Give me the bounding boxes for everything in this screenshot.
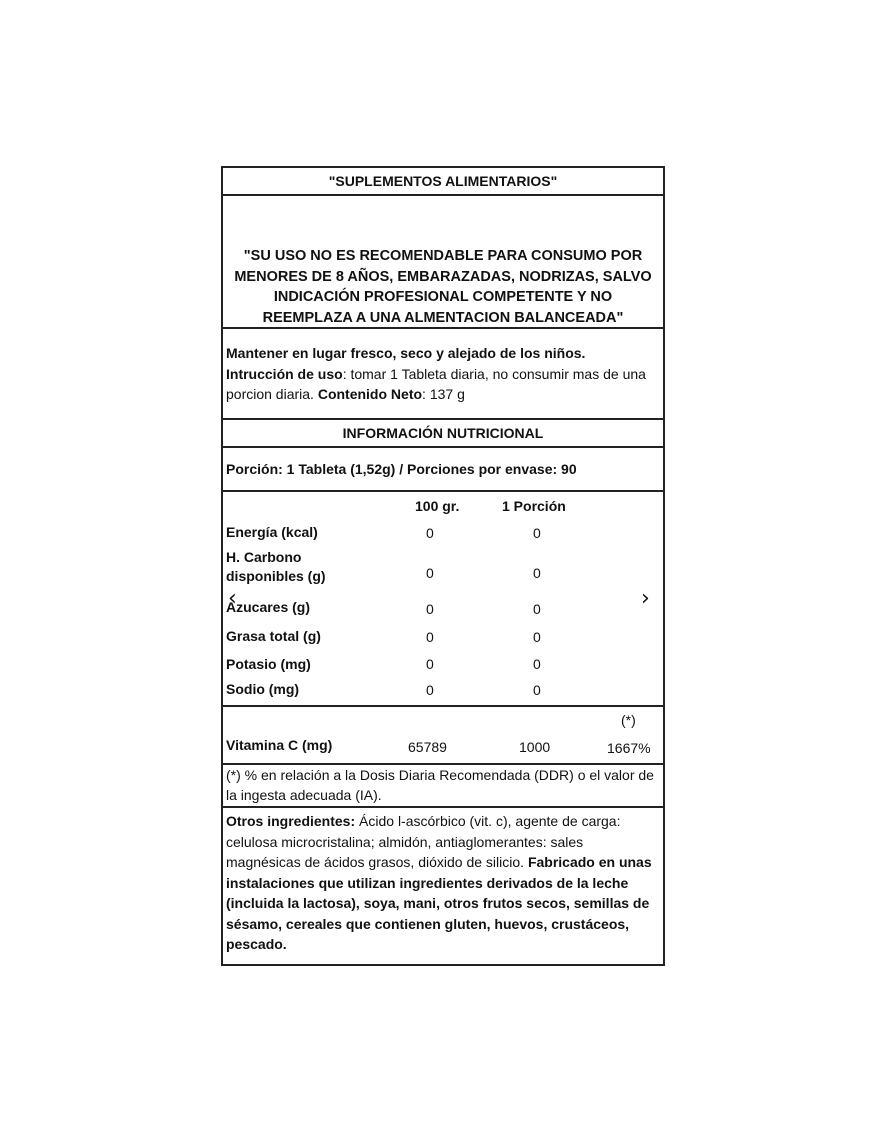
storage-instructions: Mantener en lugar fresco, seco y alejado… [223, 329, 663, 420]
vitamin-section: (*) Vitamina C (mg) 65789 1000 1667% [223, 707, 663, 765]
nutrition-table: 100 gr. 1 Porción Energía (kcal) 0 0 H. … [223, 492, 663, 707]
row-label-sodium: Sodio (mg) [226, 680, 299, 699]
storage-text: Mantener en lugar fresco, seco y alejado… [226, 345, 585, 361]
next-arrow-icon[interactable]: › [641, 588, 650, 610]
row-label-sugars: Azucares (g) [226, 598, 310, 617]
row-value-sugars-100g: 0 [426, 601, 434, 617]
warning-block: "SU USO NO ES RECOMENDABLE PARA CONSUMO … [223, 196, 663, 329]
row-value-fat-100g: 0 [426, 629, 434, 645]
prev-arrow-icon[interactable]: ‹ [228, 588, 237, 610]
row-value-sodium-portion: 0 [533, 682, 541, 698]
row-value-potassium-100g: 0 [426, 656, 434, 672]
warning-line: "SU USO NO ES RECOMENDABLE PARA CONSUMO … [223, 246, 663, 267]
net-content-value: : 137 g [422, 386, 465, 402]
row-label-carbs-line2: disponibles (g) [226, 568, 326, 584]
warning-line: REEMPLAZA A UNA ALMENTACION BALANCEADA" [223, 308, 663, 329]
net-content-label: Contenido Neto [318, 386, 422, 402]
ddr-header: (*) [621, 712, 636, 728]
row-label-carbs: H. Carbono disponibles (g) [226, 548, 326, 586]
row-value-energy-portion: 0 [533, 525, 541, 541]
label-title: "SUPLEMENTOS ALIMENTARIOS" [223, 168, 663, 196]
ingredients-label: Otros ingredientes: [226, 813, 355, 829]
row-value-sugars-portion: 0 [533, 601, 541, 617]
row-value-energy-100g: 0 [426, 525, 434, 541]
nutrition-title: INFORMACIÓN NUTRICIONAL [223, 420, 663, 448]
vitamin-c-portion: 1000 [519, 739, 550, 755]
row-value-fat-portion: 0 [533, 629, 541, 645]
serving-info: Porción: 1 Tableta (1,52g) / Porciones p… [223, 448, 663, 492]
vitamin-c-100g: 65789 [408, 739, 447, 755]
supplement-label: "SUPLEMENTOS ALIMENTARIOS" "SU USO NO ES… [221, 166, 665, 966]
row-value-sodium-100g: 0 [426, 682, 434, 698]
ingredients-block: Otros ingredientes: Ácido l-ascórbico (v… [223, 808, 663, 964]
vitamin-c-ddr: 1667% [607, 740, 651, 756]
row-label-potassium: Potasio (mg) [226, 655, 311, 674]
vitamin-c-label: Vitamina C (mg) [226, 736, 332, 755]
warning-line: MENORES DE 8 AÑOS, EMBARAZADAS, NODRIZAS… [223, 267, 663, 288]
row-label-fat: Grasa total (g) [226, 627, 321, 646]
row-value-potassium-portion: 0 [533, 656, 541, 672]
warning-line: INDICACIÓN PROFESIONAL COMPETENTE Y NO [223, 287, 663, 308]
instruction-label: Intrucción de uso [226, 366, 343, 382]
row-value-carbs-portion: 0 [533, 565, 541, 581]
ddr-footnote: (*) % en relación a la Dosis Diaria Reco… [223, 765, 663, 808]
row-label-carbs-line1: H. Carbono [226, 549, 301, 565]
row-value-carbs-100g: 0 [426, 565, 434, 581]
col-header-100g: 100 gr. [415, 498, 459, 514]
col-header-portion: 1 Porción [502, 498, 566, 514]
row-label-energy: Energía (kcal) [226, 523, 318, 542]
